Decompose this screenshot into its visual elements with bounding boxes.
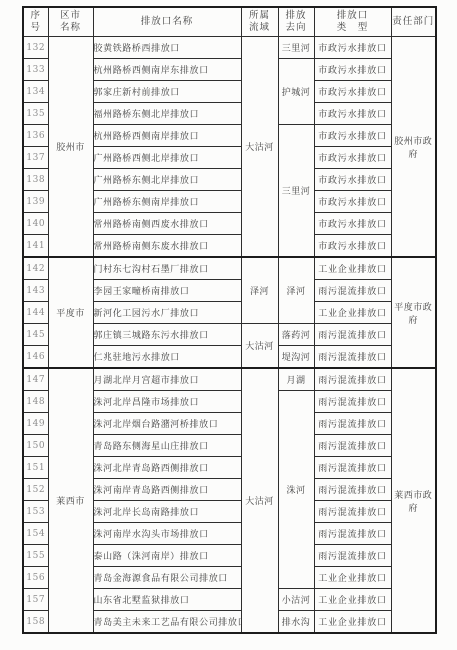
cell-serial: 133 [23,59,48,81]
table-row: 147莱西市月湖北岸月宫超市排放口大沽河月湖雨污混流排放口莱西市政府 [23,368,436,391]
cell-outlet-name: 青岛路东侧海星山庄排放口 [93,435,241,457]
cell-serial: 158 [23,611,48,634]
cell-type: 雨污混流排放口 [314,391,391,413]
cell-basin: 泽河 [241,257,278,324]
header-direction: 排放 去向 [278,7,314,37]
cell-serial: 137 [23,147,48,169]
cell-type: 工业企业排放口 [314,567,391,589]
cell-outlet-name: 洙河南岸青岛路西侧排放口 [93,479,241,501]
cell-type: 市政污水排放口 [314,147,391,169]
cell-type: 雨污混流排放口 [314,545,391,567]
cell-outlet-name: 洙河北岸青岛路西侧排放口 [93,457,241,479]
cell-outlet-name: 山东省北墅监狱排放口 [93,589,241,611]
cell-department: 平度市政府 [391,257,436,368]
cell-outlet-name: 洙河北岸昌隆市场排放口 [93,391,241,413]
cell-type: 工业企业排放口 [314,257,391,280]
header-department: 责任部门 [391,7,436,37]
cell-serial: 147 [23,368,48,391]
cell-serial: 146 [23,346,48,369]
cell-serial: 141 [23,235,48,258]
cell-outlet-name: 青岛美主未来工艺品有限公司排放口 [93,611,241,634]
cell-outlet-name: 广州路桥西侧北岸排放口 [93,147,241,169]
cell-basin: 大沽河 [241,368,278,633]
cell-direction: 泽河 [278,257,314,324]
cell-direction: 三里河 [278,37,314,59]
header-type: 排放口 类 型 [314,7,391,37]
cell-type: 雨污混流排放口 [314,501,391,523]
cell-department: 胶州市政府 [391,37,436,258]
cell-outlet-name: 常州路桥南侧西废水排放口 [93,213,241,235]
cell-direction: 堤沟河 [278,346,314,369]
table-row: 132胶州市胶黄铁路桥西排放口大沽河三里河市政污水排放口胶州市政府 [23,37,436,59]
cell-serial: 156 [23,567,48,589]
cell-type: 市政污水排放口 [314,235,391,258]
cell-serial: 154 [23,523,48,545]
cell-serial: 157 [23,589,48,611]
cell-direction: 护城河 [278,59,314,125]
cell-direction: 月湖 [278,368,314,391]
cell-basin: 大沽河 [241,324,278,369]
cell-type: 雨污混流排放口 [314,346,391,369]
cell-type: 工业企业排放口 [314,302,391,324]
cell-direction: 排水沟 [278,611,314,634]
header-row: 序 号 区市 名称 排放口名称 所属 流域 排放 去向 排放口 类 型 责任部门 [23,7,436,37]
cell-basin: 大沽河 [241,37,278,258]
cell-serial: 135 [23,103,48,125]
cell-type: 雨污混流排放口 [314,368,391,391]
cell-type: 雨污混流排放口 [314,457,391,479]
cell-direction: 三里河 [278,125,314,258]
cell-direction: 落药河 [278,324,314,346]
cell-outlet-name: 泰山路（洙河南岸）排放口 [93,545,241,567]
cell-type: 市政污水排放口 [314,81,391,103]
cell-outlet-name: 洙河北岸烟台路潴河桥排放口 [93,413,241,435]
cell-type: 市政污水排放口 [314,37,391,59]
cell-outlet-name: 仁兆驻地污水排放口 [93,346,241,369]
cell-serial: 145 [23,324,48,346]
cell-type: 市政污水排放口 [314,59,391,81]
cell-outlet-name: 月湖北岸月宫超市排放口 [93,368,241,391]
cell-serial: 138 [23,169,48,191]
cell-outlet-name: 青岛金海源食品有限公司排放口 [93,567,241,589]
cell-type: 市政污水排放口 [314,169,391,191]
cell-direction: 洙河 [278,391,314,589]
cell-serial: 142 [23,257,48,280]
cell-serial: 134 [23,81,48,103]
cell-outlet-name: 广州路桥东侧南岸排放口 [93,191,241,213]
cell-outlet-name: 杭州路桥西侧南岸东排放口 [93,59,241,81]
header-outlet-name: 排放口名称 [93,7,241,37]
cell-direction: 小沽河 [278,589,314,611]
cell-serial: 136 [23,125,48,147]
cell-outlet-name: 洙河北岸长岛南路排放口 [93,501,241,523]
cell-type: 市政污水排放口 [314,103,391,125]
cell-serial: 155 [23,545,48,567]
outfall-table: 序 号 区市 名称 排放口名称 所属 流域 排放 去向 排放口 类 型 责任部门… [22,6,437,634]
cell-serial: 150 [23,435,48,457]
cell-outlet-name: 李园王家疃桥南排放口 [93,280,241,302]
cell-type: 市政污水排放口 [314,125,391,147]
cell-type: 雨污混流排放口 [314,435,391,457]
cell-type: 市政污水排放口 [314,191,391,213]
cell-district: 胶州市 [48,37,93,258]
cell-serial: 153 [23,501,48,523]
cell-serial: 144 [23,302,48,324]
cell-type: 雨污混流排放口 [314,479,391,501]
cell-type: 雨污混流排放口 [314,324,391,346]
header-basin: 所属 流域 [241,7,278,37]
cell-outlet-name: 胶黄铁路桥西排放口 [93,37,241,59]
cell-outlet-name: 洙河南岸水沟头市场排放口 [93,523,241,545]
cell-serial: 140 [23,213,48,235]
cell-serial: 132 [23,37,48,59]
cell-type: 雨污混流排放口 [314,280,391,302]
cell-type: 雨污混流排放口 [314,413,391,435]
cell-type: 工业企业排放口 [314,611,391,634]
cell-district: 莱西市 [48,368,93,633]
cell-outlet-name: 常州路桥南侧东废水排放口 [93,235,241,258]
cell-outlet-name: 新河化工园污水厂排放口 [93,302,241,324]
cell-outlet-name: 福州路桥东侧北岸排放口 [93,103,241,125]
cell-type: 工业企业排放口 [314,589,391,611]
header-serial: 序 号 [23,7,48,37]
cell-serial: 151 [23,457,48,479]
cell-serial: 139 [23,191,48,213]
cell-type: 市政污水排放口 [314,213,391,235]
cell-serial: 148 [23,391,48,413]
cell-outlet-name: 门村东七沟村石墨厂排放口 [93,257,241,280]
cell-district: 平度市 [48,257,93,368]
cell-serial: 149 [23,413,48,435]
cell-department: 莱西市政府 [391,368,436,633]
header-district: 区市 名称 [48,7,93,37]
document-page: 序 号 区市 名称 排放口名称 所属 流域 排放 去向 排放口 类 型 责任部门… [0,0,457,650]
cell-type: 雨污混流排放口 [314,523,391,545]
cell-outlet-name: 杭州路桥西侧南岸排放口 [93,125,241,147]
cell-outlet-name: 郭家庄新村前排放口 [93,81,241,103]
cell-serial: 152 [23,479,48,501]
cell-outlet-name: 广州路桥东侧北岸排放口 [93,169,241,191]
cell-outlet-name: 郭庄镇三城路东污水排放口 [93,324,241,346]
cell-serial: 143 [23,280,48,302]
table-row: 142平度市门村东七沟村石墨厂排放口泽河泽河工业企业排放口平度市政府 [23,257,436,280]
